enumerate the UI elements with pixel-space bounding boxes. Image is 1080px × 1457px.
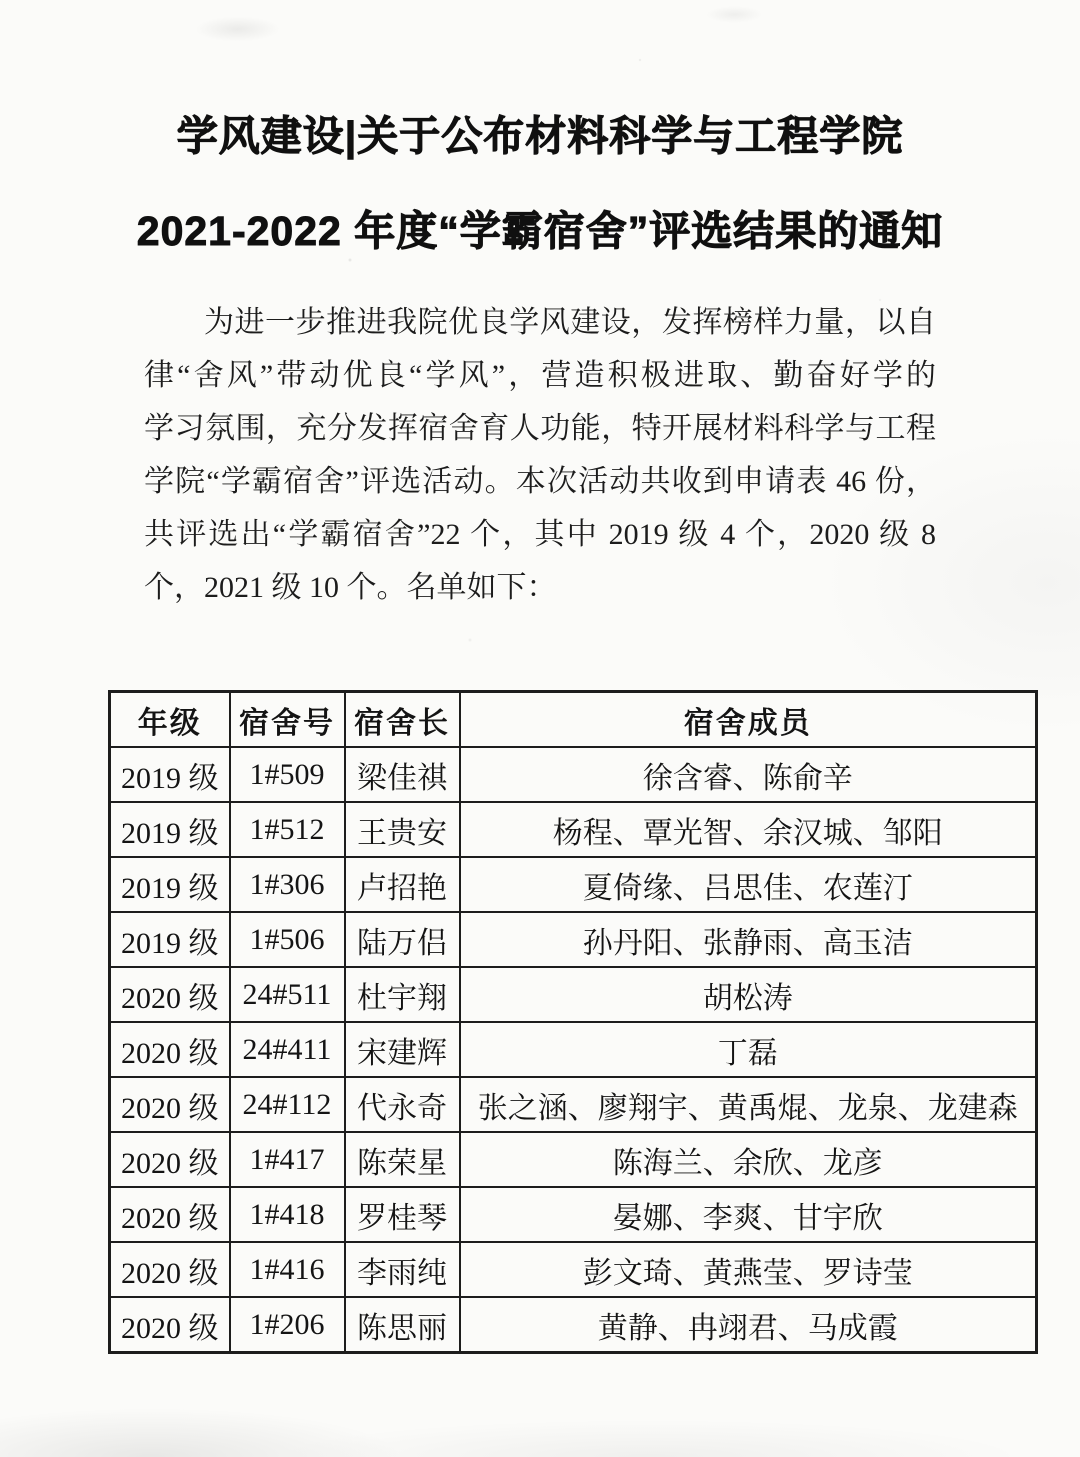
table-row: 2019 级 1#506 陆万侣 孙丹阳、张静雨、高玉洁 (110, 912, 1037, 967)
grade-cell: 2019 级 (110, 802, 230, 857)
notice-title-line2: 2021-2022 年度“学霸宿舍”评选结果的通知 (0, 207, 1080, 256)
table-row: 2020 级 1#418 罗桂琴 晏娜、李爽、甘宇欣 (110, 1187, 1037, 1242)
table-row: 2020 级 24#511 杜宇翔 胡松涛 (110, 967, 1037, 1022)
room-cell: 1#418 (230, 1187, 345, 1242)
table-row: 2020 级 1#417 陈荣星 陈海兰、余欣、龙彦 (110, 1132, 1037, 1187)
grade-cell: 2019 级 (110, 747, 230, 802)
room-cell: 1#509 (230, 747, 345, 802)
paragraph-line: 为进一步推进我院优良学风建设，发挥榜样力量，以自 (144, 296, 936, 349)
members-cell: 陈海兰、余欣、龙彦 (460, 1132, 1037, 1187)
members-cell: 黄静、冉翊君、马成霞 (460, 1297, 1037, 1353)
leader-cell: 卢招艳 (345, 857, 460, 912)
scanned-notice-page: 学风建设|关于公布材料科学与工程学院 2021-2022 年度“学霸宿舍”评选结… (0, 0, 1080, 1457)
members-cell: 夏倚缘、吕思佳、农莲汀 (460, 857, 1037, 912)
leader-cell: 陈思丽 (345, 1297, 460, 1353)
leader-cell: 陆万侣 (345, 912, 460, 967)
notice-title-line1: 学风建设|关于公布材料科学与工程学院 (0, 0, 1080, 161)
leader-cell: 陈荣星 (345, 1132, 460, 1187)
room-cell: 1#306 (230, 857, 345, 912)
members-cell: 徐含睿、陈俞辛 (460, 747, 1037, 802)
grade-cell: 2020 级 (110, 1242, 230, 1297)
column-header-leader: 宿舍长 (345, 692, 460, 748)
table-row: 2019 级 1#306 卢招艳 夏倚缘、吕思佳、农莲汀 (110, 857, 1037, 912)
grade-cell: 2020 级 (110, 1132, 230, 1187)
column-header-members: 宿舍成员 (460, 692, 1037, 748)
grade-cell: 2020 级 (110, 967, 230, 1022)
table-row: 2020 级 1#206 陈思丽 黄静、冉翊君、马成霞 (110, 1297, 1037, 1353)
room-cell: 24#112 (230, 1077, 345, 1132)
grade-cell: 2020 级 (110, 1077, 230, 1132)
grade-cell: 2020 级 (110, 1022, 230, 1077)
leader-cell: 代永奇 (345, 1077, 460, 1132)
leader-cell: 宋建辉 (345, 1022, 460, 1077)
room-cell: 1#416 (230, 1242, 345, 1297)
room-cell: 1#512 (230, 802, 345, 857)
table-row: 2019 级 1#512 王贵安 杨程、覃光智、余汉城、邹阳 (110, 802, 1037, 857)
members-cell: 杨程、覃光智、余汉城、邹阳 (460, 802, 1037, 857)
column-header-room: 宿舍号 (230, 692, 345, 748)
paragraph-line: 学习氛围，充分发挥宿舍育人功能，特开展材料科学与工程 (144, 402, 936, 455)
column-header-grade: 年级 (110, 692, 230, 748)
leader-cell: 梁佳祺 (345, 747, 460, 802)
members-cell: 丁磊 (460, 1022, 1037, 1077)
leader-cell: 罗桂琴 (345, 1187, 460, 1242)
members-cell: 彭文琦、黄燕莹、罗诗莹 (460, 1242, 1037, 1297)
members-cell: 胡松涛 (460, 967, 1037, 1022)
leader-cell: 王贵安 (345, 802, 460, 857)
leader-cell: 杜宇翔 (345, 967, 460, 1022)
room-cell: 1#206 (230, 1297, 345, 1353)
table-row: 2019 级 1#509 梁佳祺 徐含睿、陈俞辛 (110, 747, 1037, 802)
table-row: 2020 级 24#411 宋建辉 丁磊 (110, 1022, 1037, 1077)
table-row: 2020 级 1#416 李雨纯 彭文琦、黄燕莹、罗诗莹 (110, 1242, 1037, 1297)
room-cell: 24#511 (230, 967, 345, 1022)
paragraph-line: 律“舍风”带动优良“学风”，营造积极进取、勤奋好学的 (144, 349, 936, 402)
room-cell: 1#506 (230, 912, 345, 967)
paragraph-line: 个，2021 级 10 个。名单如下： (144, 561, 936, 614)
leader-cell: 李雨纯 (345, 1242, 460, 1297)
members-cell: 张之涵、廖翔宇、黄禹焜、龙泉、龙建森 (460, 1077, 1037, 1132)
room-cell: 1#417 (230, 1132, 345, 1187)
grade-cell: 2020 级 (110, 1187, 230, 1242)
table-header-row: 年级 宿舍号 宿舍长 宿舍成员 (110, 692, 1037, 748)
members-cell: 孙丹阳、张静雨、高玉洁 (460, 912, 1037, 967)
grade-cell: 2020 级 (110, 1297, 230, 1353)
grade-cell: 2019 级 (110, 912, 230, 967)
members-cell: 晏娜、李爽、甘宇欣 (460, 1187, 1037, 1242)
grade-cell: 2019 级 (110, 857, 230, 912)
room-cell: 24#411 (230, 1022, 345, 1077)
paragraph-line: 学院“学霸宿舍”评选活动。本次活动共收到申请表 46 份， (144, 455, 936, 508)
table-row: 2020 级 24#112 代永奇 张之涵、廖翔宇、黄禹焜、龙泉、龙建森 (110, 1077, 1037, 1132)
paragraph-line: 共评选出“学霸宿舍”22 个，其中 2019 级 4 个，2020 级 8 (144, 508, 936, 561)
notice-body-paragraph: 为进一步推进我院优良学风建设，发挥榜样力量，以自 律“舍风”带动优良“学风”，营… (144, 296, 936, 614)
dorm-selection-table: 年级 宿舍号 宿舍长 宿舍成员 2019 级 1#509 梁佳祺 徐含睿、陈俞辛… (108, 690, 1038, 1354)
